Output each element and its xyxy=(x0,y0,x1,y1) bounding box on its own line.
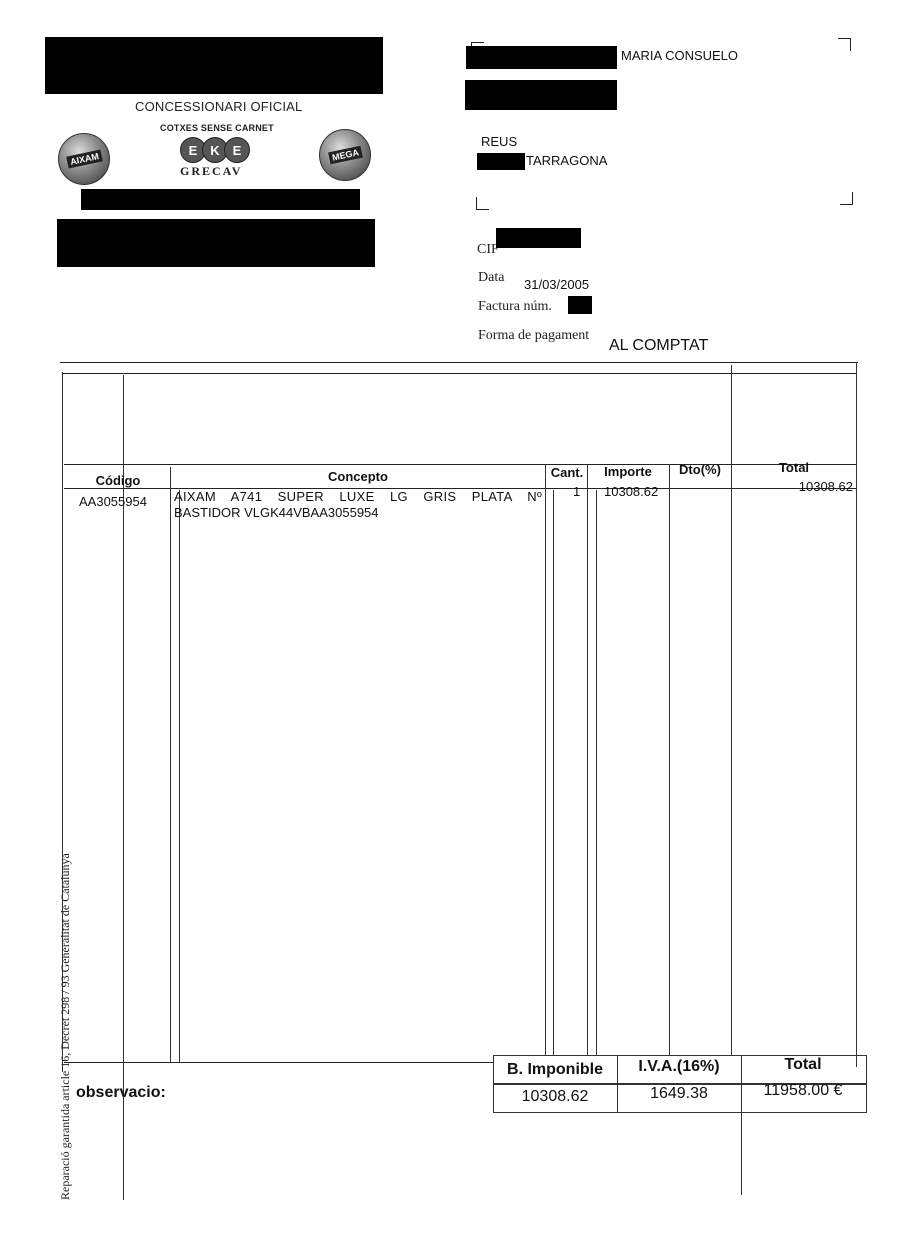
eke-logo-icon: EKE xyxy=(180,137,250,163)
redacted-surname xyxy=(466,46,617,69)
col-header-dto: Dto(%) xyxy=(670,462,730,477)
divider-importe xyxy=(587,464,588,1056)
redacted-invoice-number xyxy=(568,296,592,314)
col-header-importe: Importe xyxy=(588,464,668,479)
tagline: COTXES SENSE CARNET xyxy=(160,123,274,133)
total-label: Total xyxy=(742,1056,864,1074)
col-header-codigo: Código xyxy=(66,473,170,488)
cell-cantidad: 1 xyxy=(573,484,580,499)
cell-codigo: AA3055954 xyxy=(79,494,147,509)
cell-concepto-line1: AIXAM A741 SUPER LUXE LG GRIS PLATA Nº xyxy=(174,489,542,504)
base-label: B. Imponible xyxy=(494,1061,616,1079)
redacted-company-name xyxy=(45,37,383,94)
col-header-total: Total xyxy=(733,460,855,475)
invoice-number-label: Factura núm. xyxy=(478,299,552,315)
aixam-logo-icon: AIXAM xyxy=(58,133,110,185)
address-corner-tr xyxy=(838,38,851,51)
address-corner-bl xyxy=(476,197,489,210)
divider-cant xyxy=(545,464,546,1056)
base-value: 10308.62 xyxy=(494,1088,616,1106)
redacted-postal-code xyxy=(477,153,525,170)
dealer-line: CONCESSIONARI OFICIAL xyxy=(135,99,302,114)
divider-total xyxy=(731,365,732,1055)
divider-concepto-inner xyxy=(179,490,180,1062)
date-label: Data xyxy=(478,270,504,286)
iva-label: I.V.A.(16%) xyxy=(618,1058,740,1076)
divider-dto xyxy=(669,464,670,1056)
col-header-cant: Cant. xyxy=(546,465,588,480)
divider-importe-inner xyxy=(596,490,597,1056)
warranty-note: Reparació garantida article 16, Decret 2… xyxy=(58,853,73,1200)
payment-method-label: Forma de pagament xyxy=(478,328,589,344)
aixam-logo-text: AIXAM xyxy=(66,149,103,168)
cell-concepto-line2: BASTIDOR VLGK44VBAA3055954 xyxy=(174,505,379,520)
divider-total-lower xyxy=(741,1100,742,1195)
table-bottom-line xyxy=(64,1062,494,1063)
divider-concepto xyxy=(170,467,171,1062)
total-value: 11958.00 € xyxy=(742,1082,864,1100)
customer-province: TARRAGONA xyxy=(526,153,607,168)
address-corner-br xyxy=(840,192,853,205)
divider-cant-inner xyxy=(553,490,554,1056)
redacted-address xyxy=(81,189,360,210)
date-value: 31/03/2005 xyxy=(524,277,589,292)
cell-total: 10308.62 xyxy=(733,479,853,494)
payment-method-value: AL COMPTAT xyxy=(609,337,708,355)
customer-name: MARIA CONSUELO xyxy=(621,48,738,63)
col-header-concepto: Concepto xyxy=(172,469,544,484)
mega-logo-icon: MEGA xyxy=(319,129,371,181)
table-right-border xyxy=(856,362,857,1067)
grecav-brand: GRECAV xyxy=(180,164,242,179)
table-top-border-inner xyxy=(62,373,856,374)
mega-logo-text: MEGA xyxy=(328,146,363,165)
observations-label: observacio: xyxy=(76,1084,166,1102)
redacted-cif xyxy=(496,228,581,248)
table-top-border xyxy=(60,362,858,363)
cell-importe: 10308.62 xyxy=(604,484,658,499)
customer-city: REUS xyxy=(481,134,517,149)
redacted-street xyxy=(465,80,617,110)
redacted-contact xyxy=(57,219,375,267)
iva-value: 1649.38 xyxy=(618,1085,740,1103)
